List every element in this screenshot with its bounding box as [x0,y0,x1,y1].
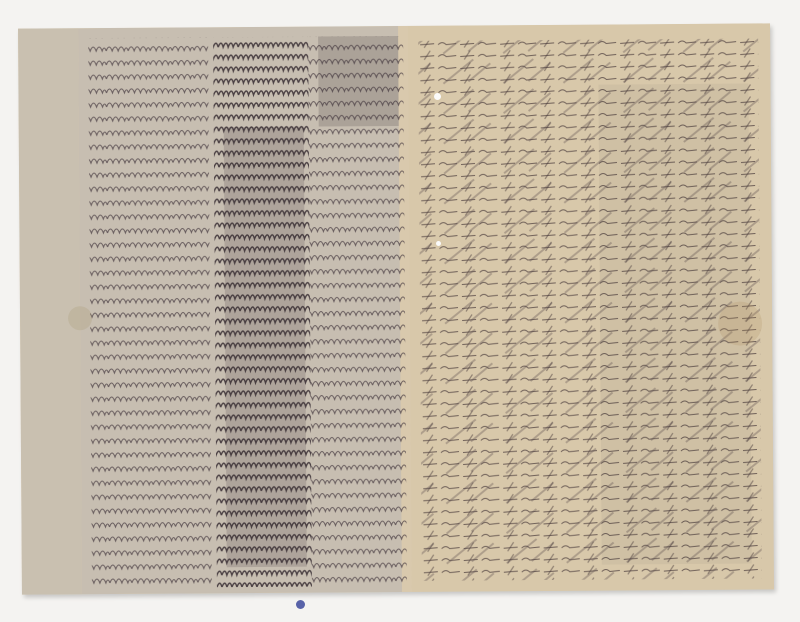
pin-hole [434,93,441,100]
blue-pin-dot [296,600,305,609]
handwriting-texture [18,23,774,594]
pin-hole [436,241,441,246]
paper-sheet [18,23,774,594]
